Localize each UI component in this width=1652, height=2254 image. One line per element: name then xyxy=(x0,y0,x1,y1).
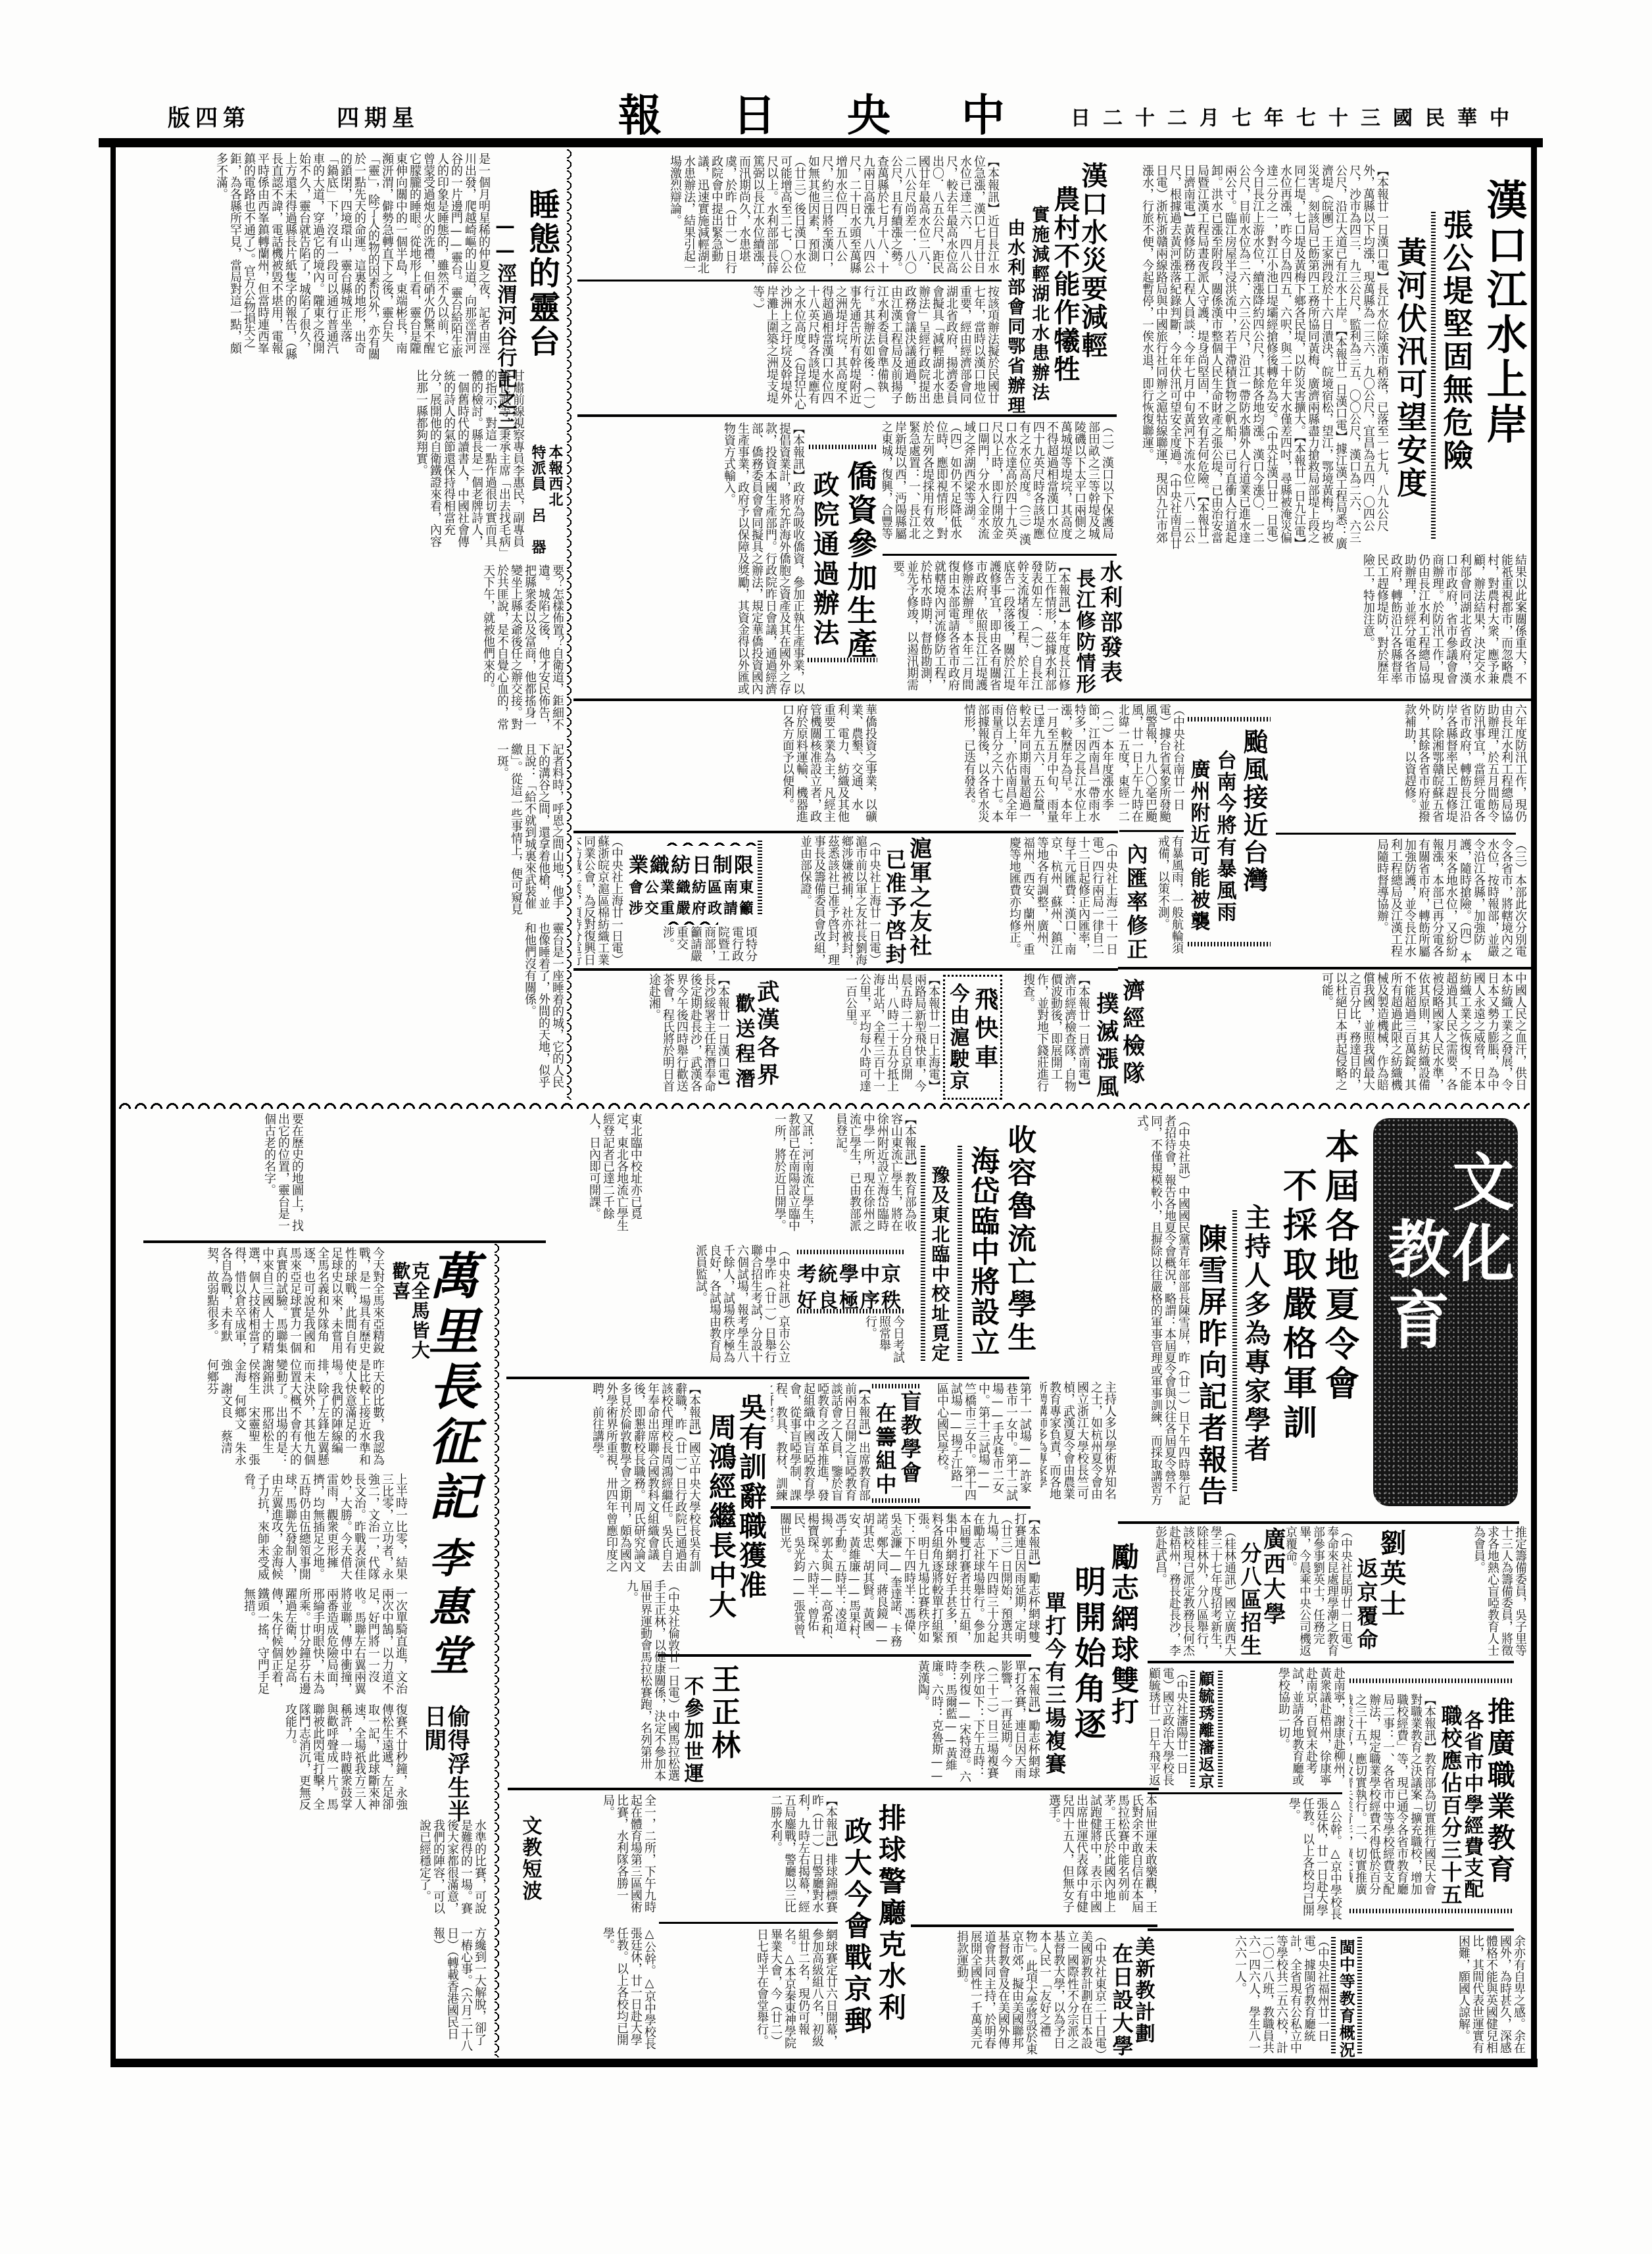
article-body: 【本報訊】勵志杯網球單打各賽，連日因天雨影響，一再延期。今（二十二）日三場複賽秩… xyxy=(771,1660,1040,1785)
subheadline: 農村不能作犧牲 xyxy=(1051,185,1079,383)
column-rule xyxy=(577,414,1117,417)
article-body: 推定籌備委員，吳子里等十三人為籌備委員，將徵求各地熱心盲啞教育人士為會員。 xyxy=(1405,1526,1527,1657)
subheadline: 各省市中學經費支配 xyxy=(1461,1710,1482,1899)
tick-rule xyxy=(1357,1937,1362,2055)
subheadline: 實施減輕湖北水患辦法 xyxy=(1029,205,1048,403)
article-body: 靈台是一座睡着的城，它的人民也像睡着了，外間的天地，似乎和他們沒有關係。 xyxy=(118,922,564,1097)
headline: 閩中等教育概況 xyxy=(1338,1939,1354,2059)
headline: 本屆各地夏令會 xyxy=(1321,1129,1357,1405)
author: 李惠堂 xyxy=(425,1536,468,1682)
subheadline: 東南區紡織業公會 xyxy=(626,876,758,896)
article-body: （中央社訊）京市公立中學昨（廿一）日舉行聯合招生考試，分設十六個試場，報考學生八… xyxy=(506,1244,790,1373)
subheadline: 明開始角逐 xyxy=(1071,1565,1104,1743)
headline: 水利部發表 xyxy=(1097,560,1121,685)
edition-label: 第四版 xyxy=(168,100,251,132)
frame-bottom-border xyxy=(110,2059,1538,2067)
article-body: 東北臨中校址亦已覓定，東北各地流亡學生經登記者已達二千餘人，日內即可開課。 xyxy=(310,1113,643,1237)
article-body: （中央社上海廿一日電）滬市前以軍之友社長劉海鄉涉嫌被捕，社亦被封，茲悉該社已准予… xyxy=(766,835,881,966)
article-body: 昨天的比數，我認為是比較上接近水準和使人快意滿足的一場。我們的陣線編排，除了左鋒… xyxy=(118,1359,385,1468)
column-rule xyxy=(883,554,1117,556)
decorative-border xyxy=(666,918,718,925)
column-rule xyxy=(573,968,1118,971)
tick-rule xyxy=(1188,717,1271,722)
article-body: 【本報廿一日漢口電】長江水位除漢市稍落，已落至一七九．八九公尺外，萬縣以下均漲，… xyxy=(1119,164,1389,549)
culture-education-banner: 文化 教育 xyxy=(1373,1118,1518,1506)
subheadline: 陳雪屏昨向記者報告 xyxy=(1194,1223,1225,1507)
decorative-border xyxy=(758,841,762,916)
subheadline: 黃河伏汛可望安度 xyxy=(1394,237,1426,500)
article-body: （桂林通訊）國立廣西大學三十七年度招考新生，除桂林外，分八區舉行，該校現已派定教… xyxy=(1148,1526,1236,1657)
column-rule xyxy=(1118,967,1531,969)
tick-rule xyxy=(958,1146,962,1363)
article-body: 上半時一比零，結果三比零，立功者，永強二，文治一，代隊長文治。昨戰表演佳妙，大勝… xyxy=(118,1473,408,1582)
article-body: 【本報訊】教育部為收容山東流亡學生，將在徐州附近設立海岱臨時中學一所，現在徐州之… xyxy=(818,1113,917,1237)
byline: 本報西北 xyxy=(547,445,562,508)
weekday-label: 星期四 xyxy=(337,100,420,132)
headline: 推廣職業教育 xyxy=(1485,1697,1514,1886)
column-rule xyxy=(659,1922,838,1924)
header-rule xyxy=(99,138,1543,147)
subheadline: 不參加世運 xyxy=(681,1676,702,1784)
subheadline: 歡送程潛 xyxy=(733,993,754,1093)
article-body: （中央社上海廿一日電）蘇浙皖京滬區棉紡織工業同業公會，為反對復興日本紡織工業，頃… xyxy=(577,835,623,966)
column-rule xyxy=(506,1377,1029,1379)
column-rule xyxy=(1119,830,1184,832)
article-body: 【本報訊】政府為吸收僑資，參加正執生產事業，以提倡資業計，將允許海外僑胞之資產及… xyxy=(577,422,805,695)
subheadline: 廣州附近可能被襲 xyxy=(1188,759,1209,933)
article-body: （中央社東京二十日電）美國新教計劃在日本設立一國際性不分宗派之基督教大學，以為予… xyxy=(911,1930,1107,2057)
headline: 漢口水災要減輕 xyxy=(1079,162,1106,360)
article-body: 按該項辦法擬於民國廿七年，當時以漢口地位重要，經由經濟部會同湖北省政府，揚濟委員… xyxy=(577,285,1000,410)
column-rule xyxy=(658,1654,1031,1657)
subheadline: 返京覆命 xyxy=(1355,1557,1377,1652)
column-rule xyxy=(1148,1661,1514,1663)
article-body: 【本報訊】近日長江水位急漲，漢口七月廿日水位已達二六．四八公尺，較去年最高水位高… xyxy=(577,155,1000,278)
tick-rule xyxy=(921,1146,925,1363)
column-rule xyxy=(143,1240,546,1243)
article-body: （中央社福州廿一日電）據閩省教育廳統計，全省現有公私立中等學校共二五六校，計二〇… xyxy=(1160,1935,1330,2057)
article-body: （中央社瀋陽廿一日電）國立政治大學校長顧毓琇廿一日午飛平返京。 xyxy=(1148,1667,1188,1789)
headline: 王正林 xyxy=(708,1664,738,1763)
subheadline: 豫及東北臨中校址覓定 xyxy=(930,1165,949,1363)
subheadline: 張公堤堅固無危險 xyxy=(1440,209,1472,472)
article-body: 今天對全馬來亞精銳戰，是一場具有歷史性的球戰，此間自有足球史以來，未嘗用全馬名義… xyxy=(118,1247,385,1354)
column-rule xyxy=(911,1924,1157,1927)
headline: 排球警廳克水利 xyxy=(876,1803,905,2024)
headline: 顧毓琇離瀋返京 xyxy=(1197,1671,1213,1790)
tick-rule xyxy=(1232,1210,1237,1493)
article-body: 赴南寧，謝康赴柳州，黃衆議赴梧州，徐康寧赴南京，百貿末赴考試，並請各地教育廳或學… xyxy=(1227,1667,1346,1789)
article-body: 要在歷史的地圖上，找出它的位置，靈台是一個古老的名字。 xyxy=(118,1113,304,1237)
column-rule xyxy=(573,698,1531,701)
article-body: （中央社訊）中國國民黨青年部部長陳雪屏，昨（廿一）日下午四時舉行記者招待會，報告… xyxy=(1119,1115,1190,1509)
subheadline: 偷得浮生半日閒 xyxy=(421,1705,468,1825)
headline: 美新教計劃 xyxy=(1132,1936,1154,2045)
tick-rule xyxy=(1190,1671,1195,1789)
subheadline: 分八區招生 xyxy=(1238,1542,1261,1657)
subheadline: 政大今會戰京郵 xyxy=(842,1817,871,2038)
headline: 盲教學會 xyxy=(898,1390,921,1485)
frame-right-border xyxy=(1531,147,1537,2065)
banner-label: 教育 xyxy=(1382,1217,1444,1359)
subheadline: 撲滅漲風 xyxy=(1093,992,1117,1102)
wavy-column-divider xyxy=(567,149,575,1100)
headline: 劉英士 xyxy=(1377,1529,1405,1620)
headline: 飛快車 xyxy=(972,987,997,1073)
tick-rule xyxy=(797,1309,904,1313)
tick-rule xyxy=(1349,1909,1514,1913)
headline: 颱風接近台灣 xyxy=(1240,729,1267,894)
headline: 限制日紡織業 xyxy=(626,848,758,877)
article-body: （中央社倫敦廿一日電）中國馬拉松選手王正林，以健康關係，決定不參加本屆世界運動會… xyxy=(508,1580,680,1785)
article-body: 全一，二所，下午九時起在體育場第三區國術比賽，水利隊各勝一局。 xyxy=(547,1794,656,1921)
article-body: △公幹。△京中學校長張廷休，廿一日赴大學任教。以上各校均已開學。 xyxy=(508,1927,656,2055)
headline: 僑資參加生產 xyxy=(844,460,876,662)
article-body: △公幹。△京中學校長張廷休，廿一日赴大學任教。以上各校均已開學。 xyxy=(1148,1798,1342,1924)
article-body: （中央社台南廿一日電）據台省氣象所發颱風警報，九八〇毫巴颱風，廿一日上午九時在北… xyxy=(1119,704,1185,827)
frame-left-border xyxy=(110,147,116,2065)
wavy-section-divider xyxy=(117,1100,1530,1109)
article-body: 華僑投資之事業，以礦業、農墾、交通、水利、電力、紡織及其他重要工業為主，凡經主管… xyxy=(577,704,877,827)
banner-label: 文化 xyxy=(1447,1150,1509,1292)
byline: 特派員 呂 器 xyxy=(530,445,545,555)
article-body: （三）本部此次分別電令各省市，將轄境內之水位，按時報部，並嚴令沿江各縣，加強防護… xyxy=(1276,839,1527,964)
column-rule xyxy=(508,1788,1159,1790)
article-body: 【本報廿一日漢口電】長沙綏署主任程潛奉命後定期赴長沙，武漢各界今午後四時舉行歡送… xyxy=(577,973,730,1097)
exam-venue-list: 第十一試場——許家巷市一女中。第十二試場——手皮巷市二女中。第十三試場——竺橋市… xyxy=(923,1383,1032,1502)
subheadline: 由水利部會同鄂省辦理 xyxy=(1005,218,1023,416)
wavy-column-divider xyxy=(495,1243,502,2057)
article-body: 【本報廿一日上海電】兩路局新型飛快車，今晨五時二十分自京開出，八時二十五分抵上海… xyxy=(784,973,940,1098)
tick-rule xyxy=(1431,212,1436,541)
column-rule xyxy=(577,280,1002,282)
column-rule xyxy=(1276,833,1516,835)
subheadline: 台南今將有暴風雨 xyxy=(1214,750,1235,923)
subheadline: 克全馬皆大歡喜 xyxy=(391,1262,429,1361)
article-body: 方纔到一大解脫，卻了一樁心事。（六月二十八日）（轉載香港國民日報） xyxy=(118,1927,487,2053)
headline: 萬里長征記 xyxy=(424,1250,476,1526)
tick-rule xyxy=(809,445,877,449)
article-body: 要？怎樣佈置？自衛道，鉅細不遺。城陷之後，他才安民佈告，把縣衆委以及富商，他都搖… xyxy=(118,564,564,737)
subheadline: 今由滬駛京 xyxy=(947,983,968,1092)
article-body: 水準的比賽，可說是難得的一場。賽後大家都很滿意，我們的陣容，可以說已經穩定了。 xyxy=(118,1819,487,1922)
tick-rule xyxy=(1331,1937,1336,2055)
article-body: 【本報訊】出席教育部前兩日召開之盲啞教育談話會之人員，鑒於盲啞教育之改革推進，發… xyxy=(771,1383,871,1502)
headline: 內匯率修正 xyxy=(1125,843,1147,962)
subheadline: 不採取嚴格軍訓 xyxy=(1278,1167,1315,1444)
headline: 收容魯流亡學生 xyxy=(1004,1125,1034,1355)
headline: 武漢各界 xyxy=(754,980,777,1090)
tick-rule xyxy=(797,1250,904,1254)
article-body: 又訊：河南流亡學生，教部已在南陽設立臨中一所，將於近日開學。 xyxy=(650,1113,814,1237)
headline: 勵志網球雙打 xyxy=(1109,1542,1138,1728)
headline: 滬軍之友社 xyxy=(906,837,930,958)
article-body: 記者料時，呼恩之間山地，他手下的溝谷之間，還拿着他槍，並且說：「給不就到城裏來武… xyxy=(118,743,564,916)
column-rule xyxy=(771,1506,1031,1509)
article-body: 結果以此案關係重大，不能祇重視都市，而忽略農村，對農村大衆，應予兼顧，辦法結果，… xyxy=(1119,554,1527,695)
tick-rule xyxy=(872,1498,919,1503)
headline: 睡態的靈台 xyxy=(525,188,558,359)
column-rule xyxy=(573,831,1118,833)
subheadline: 職校應佔百分三十五 xyxy=(1439,1705,1461,1906)
article-body: 今日考試照常舉行。 xyxy=(794,1315,905,1373)
subheadline: 長江修防情形 xyxy=(1073,568,1094,695)
subheadline: 在日設大學 xyxy=(1110,1943,1132,2058)
article-body: 一次單騎直進，文治兩次中鵠，以力道不足，好門將一一沒收。馬聯左右翼兩翼將並聯，傳… xyxy=(118,1588,408,1697)
issue-date: 中華民國三十七年七月二十二日 xyxy=(1071,101,1522,130)
article-body: 復賽不廿秒鐘，永強傳松生遠遞，左足卻取一記，此球斷來神速，全場祇我方三人稱許，一… xyxy=(118,1703,408,1813)
headline: 京中學統考 xyxy=(794,1258,905,1286)
headline: 濟經檢隊 xyxy=(1119,979,1143,1089)
subheadline: 籲請政府嚴重交涉 xyxy=(626,897,758,918)
masthead-title: 中央日報 xyxy=(618,80,1076,143)
article-body: 余亦有自卑之感。余在國外，為時甚久，深感體格不能與英國健兒相比，其間代表世運實有… xyxy=(1365,1935,1526,2057)
subheadline: 已准予啓封 xyxy=(883,848,906,967)
article-body: 本屆世運未敢樂觀，王氏對余不敢自信在本屆馬拉松賽中能名列前茅。王氏於此國內地上試… xyxy=(911,1794,1157,1921)
article-body: （中央社上海二十一日電）四行兩局一律自二十二日起修正內匯率，每千元匯費：漢口、南… xyxy=(931,837,1118,966)
article-body: 【本報訊】國立中央大學校長吳有訓辭職，昨（廿一）日行政院已通過由該校代理校長周鴻… xyxy=(506,1383,701,1575)
article-body: 中國人民之血汗，供日本紡織工業之發展，令日本又勢力膨脹，為中國人永遠之威脅，日本… xyxy=(1146,972,1527,1100)
column-rule xyxy=(1148,1928,1514,1931)
article-body: 【本報訊】排球錦標賽昨（廿一）日警廳對水利，九時左右揭幕，經五局鏖戰，警廳以三比… xyxy=(659,1794,838,1919)
article-body: 有暴風雨，一般航輪須戒備，以策不測。 xyxy=(1156,835,1184,954)
article-body: 主持人多以學術界知名之士，如杭州夏令會由國立浙江大學校長竺可楨，武漢夏令會由農業… xyxy=(1040,1381,1117,1509)
tick-rule xyxy=(1218,1671,1223,1789)
subheadline: 海岱臨中將設立 xyxy=(967,1146,997,1358)
subheadline: 周鴻經繼長中大 xyxy=(706,1413,735,1620)
article-body: 甘肅前線視察專員李惠民，副專員康世誠等，秉承主席「出去找毛病」的指示，對這一點作… xyxy=(118,370,525,557)
newspaper-page: 第四版 星期四 中央日報 中華民國三十七年七月二十二日 漢口江水上岸 張公堤堅固… xyxy=(0,0,1652,2254)
article-body: 【本報廿一日濟南電】濟市經濟檢查隊，自物價波動後，即展開工作，並對地下錢莊進行搜… xyxy=(1005,973,1090,1098)
decorative-border xyxy=(664,839,758,846)
subheadline: 單打今有三場複賽 xyxy=(1043,1592,1065,1776)
headline: 文教短波 xyxy=(520,1815,541,1902)
subheadline: 政院通過辦法 xyxy=(810,471,838,649)
headline: 廣西大學 xyxy=(1260,1527,1284,1627)
subheadline: 主持人多為專家學者 xyxy=(1242,1204,1269,1464)
article-body: 【本報訊】本年度長江修防工作情形，茲據水利部發表如左：（一）自長江幹支流堵復工程… xyxy=(883,560,1071,695)
headline: 吳有訓辭職獲准 xyxy=(737,1393,765,1600)
tick-rule xyxy=(1349,1678,1514,1683)
article-body: 是一個月明星稀的仲夏之夜，記者由涇川出發，爬越崎嶇的山道，向那涇渭河谷的一片邊門… xyxy=(118,153,491,363)
column-rule xyxy=(1118,1521,1519,1524)
article-body: 網球賽定廿六日開幕，參加高級組八名，初級組廿二名，現仍可報名。△本京秦東神學院畢… xyxy=(659,1928,838,2055)
column-rule xyxy=(1148,1792,1342,1794)
tick-rule xyxy=(808,658,877,662)
headline: 漢口江水上岸 xyxy=(1482,179,1525,447)
tick-rule xyxy=(1188,942,1271,946)
article-body: 【本報訊】勵志杯網球雙打賽連日因雨延期，定明（廿三）日開始，預選共九場，下午四時… xyxy=(771,1513,1040,1651)
tick-rule xyxy=(872,1384,919,1388)
article-body: （二）漢口以下保護局部田畝之三等幹堤及城陵磯以下太平口兩側之萬城堤等堤垸，其高度… xyxy=(883,421,1114,550)
article-body: （中央社昆明廿一日電）奉命來昆處理學潮之教育部參事劉英士，任務完畢，今晨乘中央公… xyxy=(1286,1526,1353,1657)
subheadline: 在籌組中 xyxy=(873,1402,896,1497)
article-body: 【本報訊】教育部為切實推行國民大會對職業教育之決議案「擴充職校，增加職校經費」等… xyxy=(1349,1694,1436,1905)
article-body: 六年度防汛工作，現仍由長江水利工程總局協助辦理，於五月間飭令防汛事宜，當經分電各… xyxy=(1276,704,1527,829)
article-body: （二）本年度漲水季節，江西南昌一帶雨水特多，因之長江水位上漲，較歷年為早。本年一… xyxy=(883,704,1114,827)
article-body: 頃特分電行政院暨工商部，籲請嚴重交涉。 xyxy=(626,926,758,966)
